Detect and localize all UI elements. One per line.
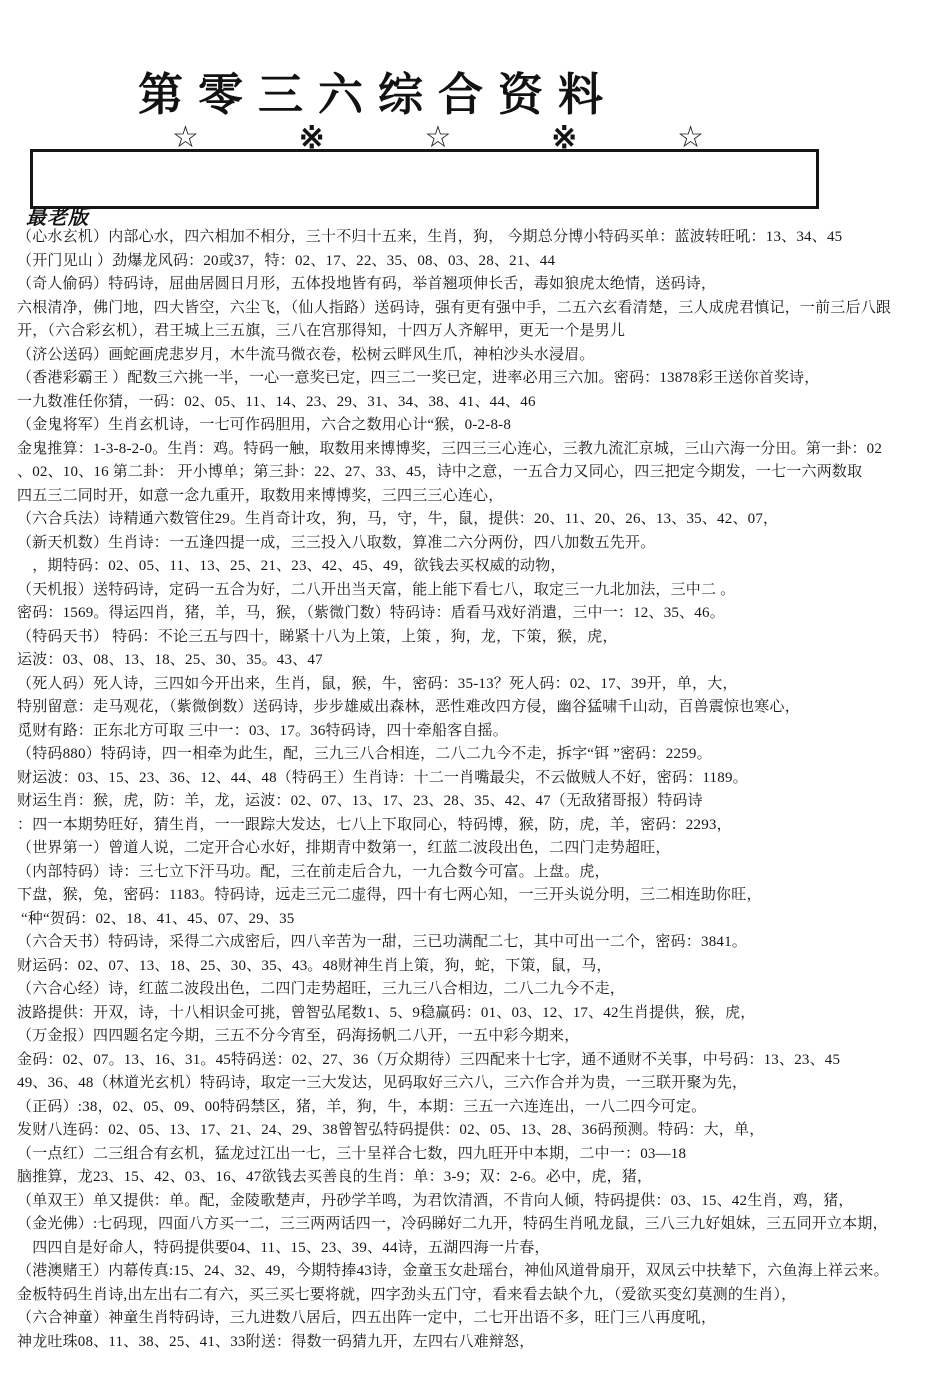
text-line: （港澳赌王）内幕传真:15、24、32、49，今期特捧43诗，金童玉女赴瑶台，神… [17, 1260, 937, 1284]
document-page: 第零三六综合资料 ☆ ※ ☆ ※ ☆ 最老版 （心水玄机）内部心水，四六相加不相… [0, 0, 937, 1388]
text-line: 财运生肖：猴，虎，防：羊，龙，运波：02、07、13、17、23、28、35、4… [17, 790, 937, 814]
text-line: 金码：02、07。13、16、31。45特码送：02、27、36（万众期待）三四… [17, 1049, 937, 1073]
text-line: （六合神童）神童生肖特码诗，三九进数八居后，四五出阵一定中，二七开出语不多，旺门… [17, 1307, 937, 1331]
text-line: （开门见山 ）劲爆龙风码：20或37，特：02、17、22、35、08、03、2… [17, 250, 937, 274]
text-line: （济公送码）画蛇画虎悲岁月，木牛流马微衣卷，松树云畔风生爪，神柏沙头水浸眉。 [17, 344, 937, 368]
page-title: 第零三六综合资料 [138, 58, 618, 123]
text-line: 49、36、48（林道光玄机）特码诗，取定一三大发达，见码取好三六八，三六作合并… [17, 1072, 937, 1096]
text-line: （六合天书）特码诗，采得二六成密后，四八辛苦为一甜，三已功满配二七，其中可出一二… [17, 931, 937, 955]
text-line: 下盘，猴，兔，密码：1183。特码诗，远走三元二虚得，四十有七两心知，一三开头说… [17, 884, 937, 908]
text-line: ：四一本期势旺好，猜生肖，一一跟踪大发达，七八上下取同心，特码博，猴，防，虎，羊… [17, 814, 937, 838]
text-line: （死人码）死人诗，三四如今开出来，生肖，鼠，猴，牛，密码：35-13？死人码：0… [17, 673, 937, 697]
text-line: 脑推算，龙23、15、42、03、16、47欲钱去买善良的生肖：单：3-9；双：… [17, 1166, 937, 1190]
text-line: （世界第一）曾道人说，二定开合心水好，排期青中数第一，红蓝二波段出色，二四门走势… [17, 837, 937, 861]
text-line: ，期特码：02、05、11、13、25、21、23、42、45、49，欲钱去买权… [17, 555, 937, 579]
text-line: （特码天书） 特码：不论三五与四十，睇紧十八为上策，上策 ，狗，龙，下策，猴，虎… [17, 626, 937, 650]
text-line: 四五三二同时开，如意一念九重开，取数用来博博奖，三四三三心连心， [17, 485, 937, 509]
star-icon: ☆ [425, 123, 452, 153]
text-line: 波路提供：开双，诗，十八相识金可挑，曾智弘尾数1、5、9稳赢码：01、03、12… [17, 1002, 937, 1026]
text-line: （内部特码）诗：三七立下汗马功。配，三在前走后合九，一九合数今可富。上盘。虎， [17, 861, 937, 885]
text-line: 一九数准任你猜，一码：02、05、11、14、23、29、31、34、38、41… [17, 391, 937, 415]
text-line: 神龙吐珠08、11、38、25、41、33附送：得数一码猜九开，左四右八难辩怒， [17, 1331, 937, 1355]
text-line: 六根清净，佛门地，四大皆空，六尘飞，（仙人指路）送码诗，强有更有强中手，二五六玄… [17, 297, 937, 321]
text-line: 财运码：02、07、13、18、25、30、35、43。48财神生肖上策，狗，蛇… [17, 955, 937, 979]
text-line: 、02、10、16 第二卦： 开小博单；第三卦：22、27、33、45，诗中之意… [17, 461, 937, 485]
text-line: 金鬼推算：1-3-8-2-0。生肖：鸡。特码一触，取数用来博博奖，三四三三心连心… [17, 438, 937, 462]
content-lines: （心水玄机）内部心水，四六相加不相分，三十不归十五来，生肖，狗， 今期总分博小特… [0, 226, 937, 1354]
text-line: 财运波：03、15、23、36、12、44、48（特码王）生肖诗：十二一肖嘴最尖… [17, 767, 937, 791]
text-line: “种“贺码：02、18、41、45、07、29、35 [17, 908, 937, 932]
text-line: （万金报）四四题名定今期，三五不分今宵至，码海扬帆二八开，一五中彩今期来， [17, 1025, 937, 1049]
text-line: 觅财有路：正东北方可取 三中一：03、17。36特码诗，四十牵船客自摇。 [17, 720, 937, 744]
text-line: 运波：03、08、13、18、25、30、35。43、47 [17, 649, 937, 673]
text-line: 金板特码生肖诗,出左出右二有六，买三买七要将就，四字劲头五门守，看来看去缺个九，… [17, 1284, 937, 1308]
star-icon: ☆ [677, 123, 704, 153]
text-line: （天机报）送特码诗，定码一五合为好，二八开出当天富，能上能下看七八，取定三一九北… [17, 579, 937, 603]
text-line: 开，（六合彩玄机），君王城上三五旗，三八在宫那得知，十四万人齐解甲，更无一个是男… [17, 320, 937, 344]
text-line: 四四自是好命人，特码提供要04、11、15、23、39、44诗，五湖四海一片春， [17, 1237, 937, 1261]
blank-announcement-box [30, 149, 819, 209]
star-icon: ☆ [172, 123, 199, 153]
text-line: （金鬼将军）生肖玄机诗，一七可作码胆用，六合之数用心计“猴，0-2-8-8 [17, 414, 937, 438]
text-line: （特码880）特码诗，四一相牵为此生，配，三九三八合相连，二八二九今不走，拆字“… [17, 743, 937, 767]
text-line: 密码：1569。得运四肖，猪，羊，马，猴，（紫微门数）特码诗：盾看马戏好消遣，三… [17, 602, 937, 626]
text-line: （新天机数）生肖诗：一五逢四提一成，三三投入八取数，算准二六分两份，四八加数五先… [17, 532, 937, 556]
text-line: （六合心经）诗，红蓝二波段出色，二四门走势超旺，三九三八合相边，二八二九今不走， [17, 978, 937, 1002]
text-line: （单双王）单又提供：单。配，金陵歌楚声，丹砂学羊鸣，为君饮清酒，不肯向人倾，特码… [17, 1190, 937, 1214]
text-line: （奇人偷码）特码诗，屈曲居圆日月形，五体投地皆有码，举首翘项伸长舌，毒如狼虎太绝… [17, 273, 937, 297]
text-line: （一点红）二三组合有玄机，猛龙过江出一七，三十呈祥合七数，四九旺开中本期，二中一… [17, 1143, 937, 1167]
text-line: （金光佛）:七码现，四面八方买一二，三三两两话四一，冷码睇好二九开，特码生肖吼龙… [17, 1213, 937, 1237]
text-line: （六合兵法）诗精通六数管住29。生肖奇计攻，狗，马，守，牛，鼠，提供：20、11… [17, 508, 937, 532]
text-line: （心水玄机）内部心水，四六相加不相分，三十不归十五来，生肖，狗， 今期总分博小特… [17, 226, 937, 250]
text-line: （香港彩霸王 ）配数三六挑一半，一心一意奖已定，四三二一奖已定，进率必用三六加。… [17, 367, 937, 391]
text-line: 发财八连码：02、05、13、17、21、24、29、38曾智弘特码提供：02、… [17, 1119, 937, 1143]
text-line: 特别留意：走马观花，（紫微倒数）送码诗，步步雄威出森林，恶性难改四方侵，幽谷猛啸… [17, 696, 937, 720]
text-line: （正码）:38，02、05、09、00特码禁区，猪，羊，狗，牛，本期：三五一六连… [17, 1096, 937, 1120]
